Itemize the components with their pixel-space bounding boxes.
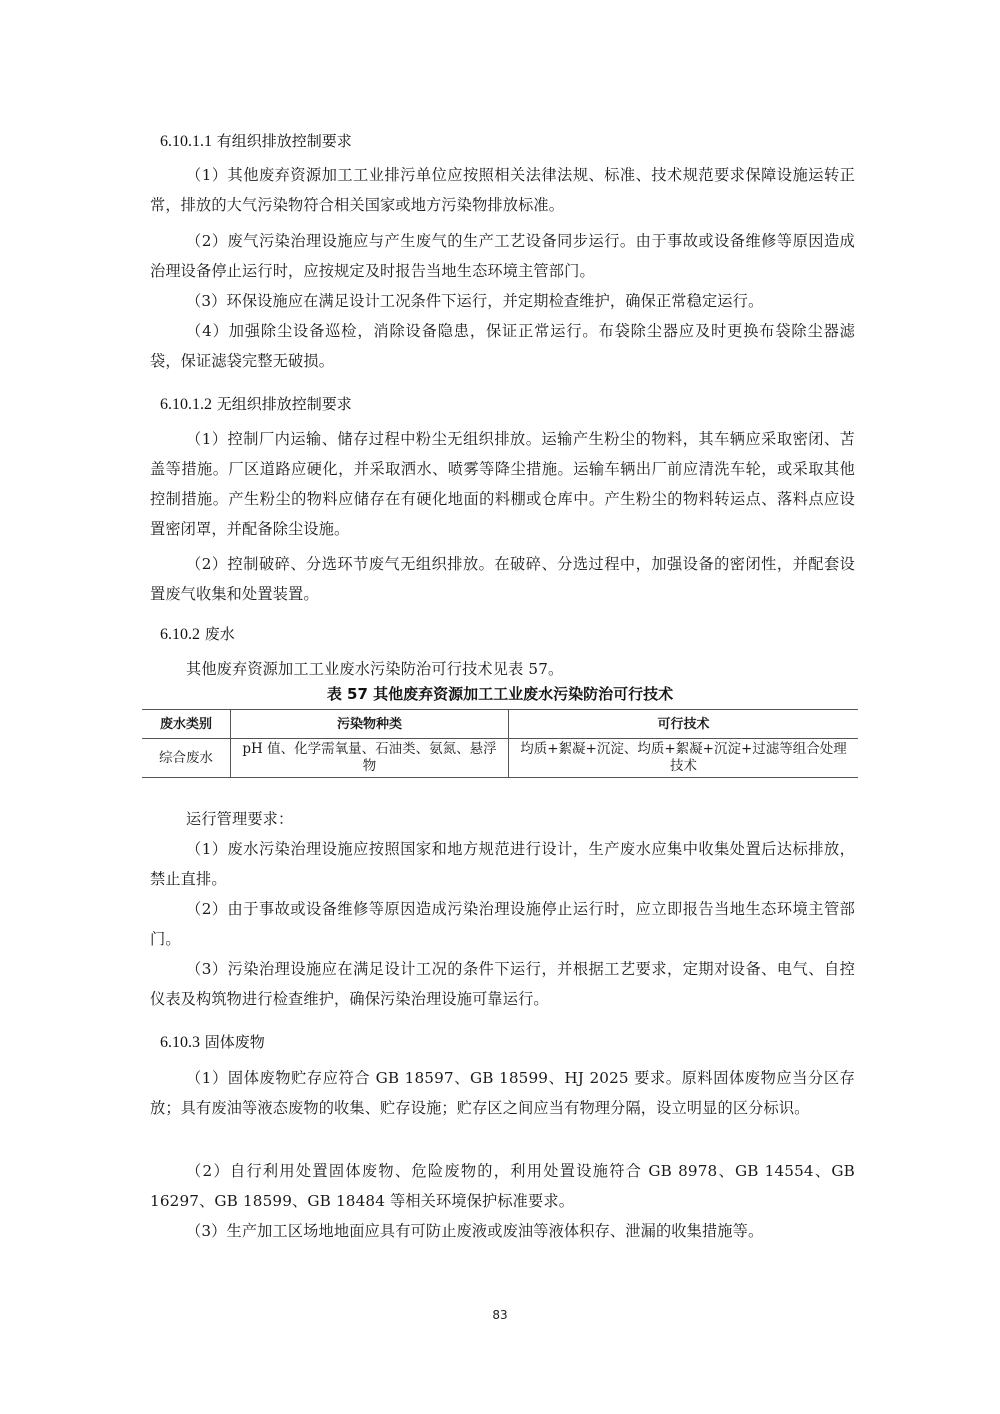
paragraph: （1）控制厂内运输、储存过程中粉尘无组织排放。运输产生粉尘的物料，其车辆应采取密… xyxy=(150,424,855,544)
header-cell: 可行技术 xyxy=(509,710,859,739)
table-header-row: 废水类别 污染物种类 可行技术 xyxy=(142,710,858,739)
paragraph: （3）环保设施应在满足设计工况条件下运行，并定期检查维护，确保正常稳定运行。 xyxy=(150,286,855,316)
section-number: 6.10.2 xyxy=(160,626,200,643)
paragraph: （1）废水污染治理设施应按照国家和地方规范进行设计，生产废水应集中收集处置后达标… xyxy=(150,834,855,894)
section-heading-6-10-2: 6.10.2 废水 xyxy=(160,624,235,645)
page-number: 83 xyxy=(0,1308,1000,1322)
wastewater-table: 废水类别 污染物种类 可行技术 综合废水 pH 值、化学需氧量、石油类、氨氮、悬… xyxy=(142,709,858,778)
section-heading-6-10-3: 6.10.3 固体废物 xyxy=(160,1032,265,1053)
section-number: 6.10.1.1 xyxy=(160,133,212,150)
paragraph: （4）加强除尘设备巡检，消除设备隐患，保证正常运行。布袋除尘器应及时更换布袋除尘… xyxy=(150,316,855,376)
paragraph: （2）自行利用处置固体废物、危险废物的，利用处置设施符合 GB 8978、GB … xyxy=(150,1156,855,1216)
paragraph: （1）固体废物贮存应符合 GB 18597、GB 18599、HJ 2025 要… xyxy=(150,1063,855,1123)
section-number: 6.10.3 xyxy=(160,1034,200,1051)
paragraph: （2）控制破碎、分选环节废气无组织排放。在破碎、分选过程中，加强设备的密闭性，并… xyxy=(150,549,855,609)
table-row: 综合废水 pH 值、化学需氧量、石油类、氨氮、悬浮物 均质+絮凝+沉淀、均质+絮… xyxy=(142,739,858,778)
section-heading-6-10-1-1: 6.10.1.1 有组织排放控制要求 xyxy=(160,131,352,152)
section-heading-6-10-1-2: 6.10.1.2 无组织排放控制要求 xyxy=(160,394,352,415)
table-intro: 其他废弃资源加工工业废水污染防治可行技术见表 57。 xyxy=(150,654,855,684)
section-title: 固体废物 xyxy=(205,1033,265,1051)
table-caption: 表 57 其他废弃资源加工工业废水污染防治可行技术 xyxy=(142,683,858,705)
section-title: 废水 xyxy=(205,625,235,643)
header-cell: 废水类别 xyxy=(142,710,231,739)
section-title: 无组织排放控制要求 xyxy=(217,395,352,413)
paragraph: （2）由于事故或设备维修等原因造成污染治理设施停止运行时，应立即报告当地生态环境… xyxy=(150,894,855,954)
document-page: 6.10.1.1 有组织排放控制要求 （1）其他废弃资源加工工业排污单位应按照相… xyxy=(0,0,1000,1414)
management-label: 运行管理要求： xyxy=(150,804,855,834)
cell: 综合废水 xyxy=(142,739,231,778)
cell: 均质+絮凝+沉淀、均质+絮凝+沉淀+过滤等组合处理技术 xyxy=(509,739,859,778)
section-title: 有组织排放控制要求 xyxy=(217,132,352,150)
paragraph: （3）生产加工区场地地面应具有可防止废液或废油等液体积存、泄漏的收集措施等。 xyxy=(150,1216,855,1246)
header-cell: 污染物种类 xyxy=(231,710,509,739)
cell: pH 值、化学需氧量、石油类、氨氮、悬浮物 xyxy=(231,739,509,778)
paragraph: （2）废气污染治理设施应与产生废气的生产工艺设备同步运行。由于事故或设备维修等原… xyxy=(150,226,855,286)
section-number: 6.10.1.2 xyxy=(160,396,212,413)
paragraph: （1）其他废弃资源加工工业排污单位应按照相关法律法规、标准、技术规范要求保障设施… xyxy=(150,160,855,220)
paragraph: （3）污染治理设施应在满足设计工况的条件下运行，并根据工艺要求，定期对设备、电气… xyxy=(150,954,855,1014)
